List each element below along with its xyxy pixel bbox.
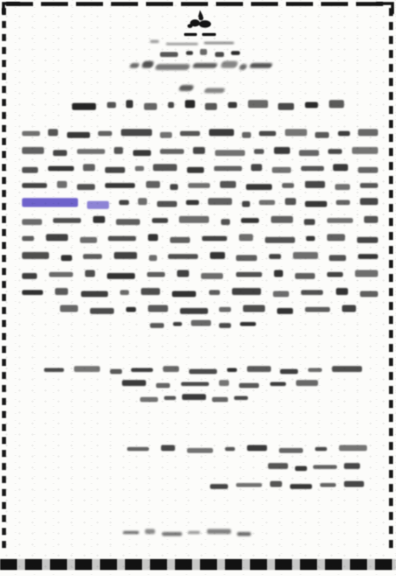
word-blob xyxy=(228,102,237,108)
word-blob xyxy=(344,463,360,469)
word-blob xyxy=(116,219,140,225)
word-blob xyxy=(308,368,322,372)
word-blob xyxy=(114,147,123,154)
footer-line xyxy=(123,530,251,535)
word-blob xyxy=(170,237,190,243)
word-blob xyxy=(306,236,315,241)
word-blob xyxy=(355,270,378,277)
word-blob xyxy=(227,368,237,372)
word-blob xyxy=(282,183,294,188)
body-line-5 xyxy=(22,199,378,206)
word-blob xyxy=(170,184,178,190)
word-blob xyxy=(160,132,172,138)
word-blob xyxy=(251,164,262,171)
hyperlink-run[interactable] xyxy=(87,201,109,207)
date-line xyxy=(178,86,226,92)
word-blob xyxy=(360,291,378,297)
word-blob xyxy=(219,323,231,328)
body-line-3 xyxy=(22,165,378,172)
signature-line-3 xyxy=(210,482,364,488)
word-blob xyxy=(327,218,353,223)
word-blob xyxy=(215,150,245,156)
word-blob xyxy=(127,447,149,451)
word-blob xyxy=(243,305,265,312)
word-blob xyxy=(74,366,100,372)
word-blob xyxy=(193,63,218,68)
closing-line-1 xyxy=(44,367,362,373)
word-blob xyxy=(119,200,129,205)
word-blob xyxy=(133,150,151,156)
word-blob xyxy=(150,40,159,43)
word-blob xyxy=(114,252,137,259)
word-blob xyxy=(329,255,346,261)
word-blob xyxy=(182,394,206,400)
word-blob xyxy=(83,164,95,171)
word-blob xyxy=(239,383,259,388)
word-blob xyxy=(304,219,315,225)
word-blob xyxy=(135,166,144,171)
dashed-border-left xyxy=(2,8,6,553)
body-line-6 xyxy=(22,217,378,224)
word-blob xyxy=(237,532,251,536)
word-blob xyxy=(248,100,268,108)
border-corner-top-left xyxy=(2,2,20,14)
title-line xyxy=(72,101,344,109)
word-blob xyxy=(290,484,312,489)
word-blob xyxy=(138,198,147,205)
word-blob xyxy=(187,167,204,173)
word-blob xyxy=(146,181,160,188)
emblem-logo xyxy=(181,9,221,39)
word-blob xyxy=(274,270,283,277)
word-blob xyxy=(344,481,364,487)
word-blob xyxy=(160,149,184,154)
word-blob xyxy=(204,88,225,93)
word-blob xyxy=(231,51,240,55)
word-blob xyxy=(180,131,200,136)
word-blob xyxy=(83,254,102,259)
word-blob xyxy=(90,308,114,314)
word-blob xyxy=(131,368,153,372)
word-blob xyxy=(156,383,170,388)
word-blob xyxy=(126,100,133,108)
word-blob xyxy=(335,184,350,190)
word-blob xyxy=(364,216,378,223)
word-blob xyxy=(123,531,139,534)
word-blob xyxy=(22,252,49,259)
word-blob xyxy=(49,272,73,277)
word-blob xyxy=(93,216,105,223)
word-blob xyxy=(22,183,47,188)
word-blob xyxy=(315,447,327,451)
word-blob xyxy=(296,380,318,386)
word-blob xyxy=(271,216,293,223)
word-blob xyxy=(155,64,191,70)
body-line-2 xyxy=(22,148,378,155)
word-blob xyxy=(293,252,318,259)
word-blob xyxy=(180,308,208,314)
word-blob xyxy=(339,445,367,451)
word-blob xyxy=(163,366,179,372)
word-blob xyxy=(177,270,189,277)
signature-line-2 xyxy=(268,464,360,470)
word-blob xyxy=(277,308,293,314)
word-blob xyxy=(239,234,253,241)
closing-line-2 xyxy=(122,381,318,387)
word-blob xyxy=(358,167,378,173)
body-line-12 xyxy=(150,321,256,327)
word-blob xyxy=(328,149,342,154)
word-blob xyxy=(204,42,234,44)
word-blob xyxy=(205,103,217,110)
header-line-3 xyxy=(129,62,273,69)
word-blob xyxy=(186,51,193,55)
word-blob xyxy=(270,382,286,386)
word-blob xyxy=(254,149,264,154)
word-blob xyxy=(22,290,43,295)
word-blob xyxy=(342,305,356,312)
word-blob xyxy=(265,237,295,243)
word-blob xyxy=(188,183,210,188)
word-blob xyxy=(279,448,303,453)
word-blob xyxy=(140,397,158,402)
word-blob xyxy=(320,483,336,487)
word-blob xyxy=(193,147,205,154)
word-blob xyxy=(246,184,272,190)
word-blob xyxy=(220,61,238,68)
word-blob xyxy=(357,237,378,243)
word-blob xyxy=(81,291,108,297)
word-blob xyxy=(162,532,182,536)
word-blob xyxy=(22,147,44,154)
word-blob xyxy=(61,255,72,261)
word-blob xyxy=(122,380,146,386)
signature-line-1 xyxy=(127,446,367,452)
word-blob xyxy=(105,167,125,173)
word-blob xyxy=(313,465,337,469)
word-blob xyxy=(185,100,195,108)
word-blob xyxy=(280,369,298,374)
word-blob xyxy=(241,218,259,223)
word-blob xyxy=(161,445,175,451)
word-blob xyxy=(305,201,327,207)
word-blob xyxy=(232,288,261,295)
body-line-8 xyxy=(22,253,378,260)
word-blob xyxy=(234,396,248,400)
word-blob xyxy=(299,150,319,156)
word-blob xyxy=(247,366,271,372)
word-blob xyxy=(181,382,209,386)
word-blob xyxy=(215,52,224,57)
word-blob xyxy=(210,252,225,259)
word-blob xyxy=(239,64,248,70)
word-blob xyxy=(189,369,217,374)
word-blob xyxy=(186,200,199,205)
dashed-border-bottom xyxy=(0,559,396,570)
word-blob xyxy=(270,481,282,487)
word-blob xyxy=(242,201,250,207)
header-line-1 xyxy=(150,41,234,44)
word-blob xyxy=(120,290,129,295)
word-blob xyxy=(285,198,296,205)
word-blob xyxy=(72,103,96,110)
word-blob xyxy=(191,320,211,326)
word-blob xyxy=(273,291,289,297)
word-blob xyxy=(60,305,78,312)
word-blob xyxy=(285,129,307,136)
word-blob xyxy=(173,322,182,326)
word-blob xyxy=(22,236,34,241)
word-blob xyxy=(77,149,105,154)
word-blob xyxy=(301,290,323,295)
word-blob xyxy=(259,131,276,136)
word-blob xyxy=(44,368,64,372)
word-blob xyxy=(329,100,344,108)
word-blob xyxy=(160,52,178,57)
word-blob xyxy=(278,103,294,110)
word-blob xyxy=(152,218,168,223)
body-line-9 xyxy=(22,271,378,278)
word-blob xyxy=(336,200,350,205)
word-blob xyxy=(240,322,256,326)
word-blob xyxy=(22,219,42,225)
word-blob xyxy=(219,307,231,312)
word-blob xyxy=(46,234,68,241)
border-corner-top-right xyxy=(376,2,394,14)
word-blob xyxy=(67,132,90,138)
word-blob xyxy=(236,272,262,277)
word-blob xyxy=(148,234,158,241)
word-blob xyxy=(150,323,164,328)
dashed-border-top xyxy=(6,2,390,6)
word-blob xyxy=(360,198,378,205)
word-blob xyxy=(148,305,168,312)
word-blob xyxy=(164,396,176,400)
header-line-2 xyxy=(160,50,240,56)
body-line-7 xyxy=(22,235,378,242)
body-line-4 xyxy=(22,182,378,189)
word-blob xyxy=(22,131,40,136)
hyperlink-run[interactable] xyxy=(22,198,78,205)
word-blob xyxy=(315,132,329,138)
word-blob xyxy=(129,63,139,68)
word-blob xyxy=(77,184,95,190)
word-blob xyxy=(236,483,262,487)
word-blob xyxy=(168,102,174,108)
word-blob xyxy=(110,369,122,374)
word-blob xyxy=(225,447,235,451)
word-blob xyxy=(295,273,315,279)
word-blob xyxy=(200,49,207,55)
closing-line-3 xyxy=(140,395,248,401)
word-blob xyxy=(201,273,223,279)
word-blob xyxy=(212,397,228,402)
word-blob xyxy=(207,529,231,534)
word-blob xyxy=(301,166,324,171)
word-blob xyxy=(220,181,236,188)
word-blob xyxy=(107,102,116,108)
word-blob xyxy=(57,181,67,188)
word-blob xyxy=(210,484,228,489)
word-blob xyxy=(22,167,38,173)
word-blob xyxy=(141,61,154,68)
word-blob xyxy=(214,166,242,171)
body-line-10 xyxy=(22,289,378,296)
word-blob xyxy=(269,254,281,259)
word-blob xyxy=(236,255,257,261)
word-blob xyxy=(48,129,58,136)
word-blob xyxy=(85,270,95,277)
word-blob xyxy=(48,166,74,171)
word-blob xyxy=(144,103,157,110)
word-blob xyxy=(179,216,209,223)
word-blob xyxy=(360,183,378,188)
dashed-border-right xyxy=(389,8,393,553)
word-blob xyxy=(141,288,160,295)
word-blob xyxy=(358,254,378,259)
word-blob xyxy=(147,272,165,277)
word-blob xyxy=(208,198,232,205)
word-blob xyxy=(145,529,155,534)
word-blob xyxy=(209,290,220,295)
word-blob xyxy=(327,272,343,277)
word-blob xyxy=(188,531,200,534)
word-blob xyxy=(98,131,112,136)
word-blob xyxy=(126,307,136,312)
word-blob xyxy=(247,445,267,451)
word-blob xyxy=(80,237,97,243)
word-blob xyxy=(153,164,177,171)
word-blob xyxy=(55,288,68,295)
word-blob xyxy=(249,63,272,68)
word-blob xyxy=(219,380,229,386)
word-blob xyxy=(149,255,157,261)
word-blob xyxy=(187,448,213,453)
word-blob xyxy=(272,167,291,173)
word-blob xyxy=(221,219,230,225)
word-blob xyxy=(338,131,350,136)
word-blob xyxy=(305,102,318,108)
word-blob xyxy=(172,291,196,297)
word-blob xyxy=(333,164,348,171)
word-blob xyxy=(202,236,227,241)
word-blob xyxy=(178,85,194,91)
body-line-11 xyxy=(60,306,356,313)
word-blob xyxy=(168,254,198,259)
body-line-1 xyxy=(22,130,378,137)
word-blob xyxy=(268,463,288,469)
word-blob xyxy=(259,200,275,205)
scanned-document-page xyxy=(0,0,396,576)
word-blob xyxy=(274,147,290,154)
word-blob xyxy=(305,307,330,312)
word-blob xyxy=(166,43,198,45)
word-blob xyxy=(53,150,67,156)
word-blob xyxy=(107,273,135,279)
word-blob xyxy=(352,147,378,154)
word-blob xyxy=(105,183,135,188)
word-blob xyxy=(358,129,378,136)
word-blob xyxy=(209,129,234,136)
word-blob xyxy=(327,234,345,241)
word-blob xyxy=(108,236,136,241)
word-blob xyxy=(336,288,348,295)
word-blob xyxy=(22,273,37,279)
word-blob xyxy=(305,181,325,188)
word-blob xyxy=(332,366,362,372)
word-blob xyxy=(53,218,81,223)
word-blob xyxy=(295,466,307,471)
word-blob xyxy=(121,129,152,136)
word-blob xyxy=(157,201,177,207)
word-blob xyxy=(242,132,251,138)
